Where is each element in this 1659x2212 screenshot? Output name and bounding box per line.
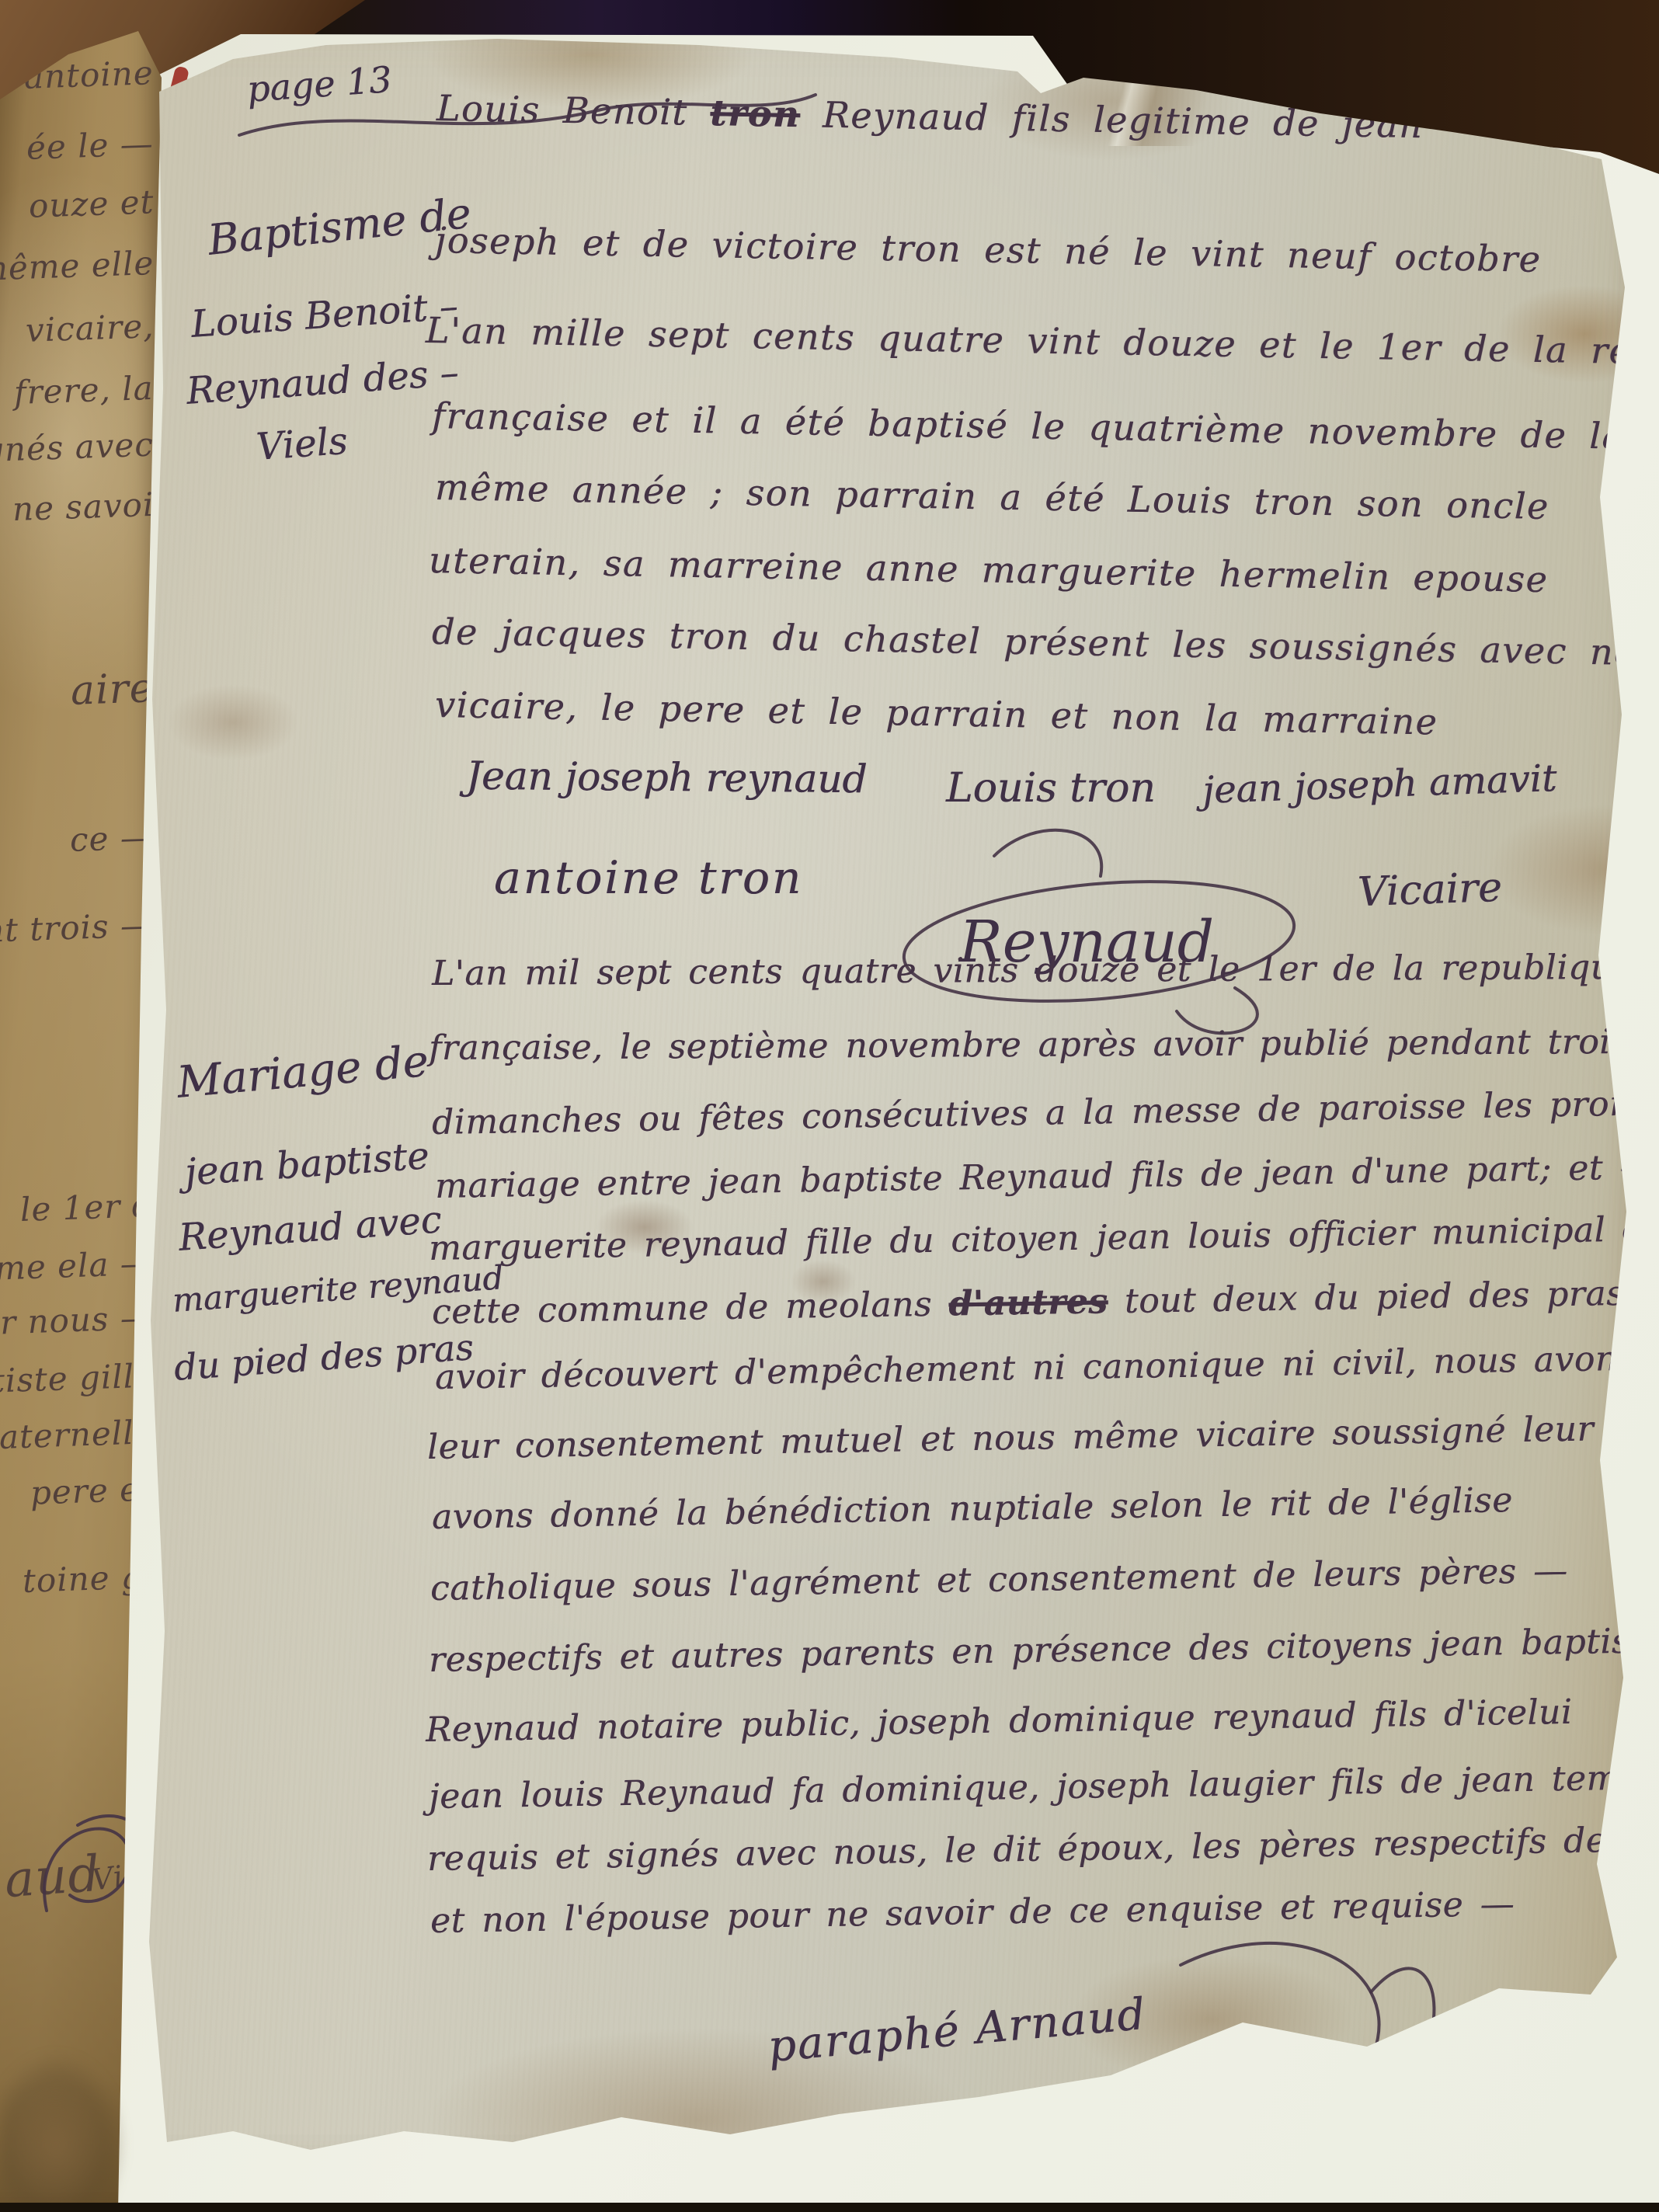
baptism-margin-name-line: Reynaud des – — [185, 351, 460, 413]
marriage-body-line: Reynaud notaire public, joseph dominique… — [426, 1692, 1573, 1750]
marriage-body-line: avons donné la bénédiction nuptiale selo… — [432, 1480, 1513, 1537]
baptism-body-line: même année ; son parrain a été Louis tro… — [435, 466, 1550, 527]
marriage-margin-name-line: du pied des pras — [172, 1326, 475, 1389]
baptism-margin-name-line: Louis Benoit – — [190, 284, 459, 346]
marriage-line6-before: cette commune de meolans — [432, 1285, 949, 1332]
baptism-body-line: française et il a été baptisé le quatriè… — [432, 395, 1625, 457]
left-page-fragment: nt trois — — [0, 906, 155, 950]
left-page-fragment: me ela — — [0, 1243, 155, 1287]
struck-word: d'autres — [948, 1282, 1108, 1323]
left-page-fragment: ne savoi — [12, 485, 155, 528]
signature-jean-joseph-reynaud: Jean joseph reynaud — [466, 753, 868, 802]
marriage-body-line: marguerite reynaud fille du citoyen jean… — [429, 1209, 1659, 1268]
left-page-fragment: signés avec — [0, 426, 155, 471]
marriage-line6-after: tout deux du pied des pras, sans — — [1108, 1271, 1659, 1322]
marriage-body-line: française, le septième novembre après av… — [429, 1022, 1629, 1068]
baptism-body-line: joseph et de victoire tron est né le vin… — [435, 219, 1542, 280]
left-page-fragment: tiste gilly — [0, 1356, 155, 1400]
left-page-fragment: r nous — — [0, 1299, 155, 1342]
photo-bottom-edge — [0, 2203, 1659, 2212]
reynaud-signature-flourish: Reynaud — [843, 808, 1355, 1056]
struck-word: tron — [710, 92, 801, 135]
left-page-fragment: vicaire, — [25, 307, 155, 350]
marriage-body-line: leur consentement mutuel et nous même vi… — [427, 1408, 1646, 1467]
marriage-margin-name-line: Reynaud avec — [177, 1198, 443, 1260]
left-page-fragment: te paternelle — [0, 1413, 155, 1459]
left-page-fragment: même elle — [0, 244, 155, 288]
photographed-register-page: antoine ée le — ouze et même elle vicair… — [0, 0, 1659, 2212]
baptism-margin-title: Baptisme de — [206, 189, 474, 265]
left-page-fragment: le 1er d — [20, 1186, 155, 1229]
marriage-body-line: cette commune de meolans d'autres tout d… — [432, 1271, 1659, 1332]
register-page: page 13 Baptisme de Louis Benoit – Reyna… — [0, 0, 1659, 2212]
signature-louis-tron: Louis tron — [946, 765, 1156, 812]
baptism-body-line: vicaire, le pere et le parrain et non la… — [435, 683, 1438, 743]
marriage-body-line: dimanches ou fêtes consécutives a la mes… — [432, 1081, 1659, 1143]
baptism-line1-after: Reynaud fils legitime de jean — [800, 93, 1424, 146]
signature-title-vicaire: Vicaire — [1357, 864, 1503, 916]
marriage-body-line: catholique sous l'agrément et consenteme… — [430, 1551, 1568, 1609]
signature-jean-joseph-amavit: jean joseph amavit — [1202, 756, 1557, 812]
marriage-margin-name-line: jean baptiste — [183, 1134, 430, 1195]
marriage-body-line: avoir découvert d'empêchement ni canoniq… — [435, 1337, 1659, 1397]
paraphe-signature: paraphé Arnaud — [766, 1989, 1149, 2072]
marriage-body-line: L'an mil sept cents quatre vints douze e… — [432, 948, 1633, 993]
left-page-fragment: aire — [70, 665, 155, 715]
baptism-body-line: de jacques tron du chastel présent les s… — [432, 610, 1659, 675]
baptism-body-line: L'an mille sept cents quatre vint douze … — [426, 309, 1659, 375]
marriage-margin-title: Mariage de — [175, 1036, 430, 1108]
marriage-body-line: requis et signés avec nous, le dit époux… — [427, 1818, 1659, 1879]
marriage-body-line: respectifs et autres parents en présence… — [429, 1621, 1659, 1680]
signature-antoine-tron: antoine tron — [494, 851, 803, 904]
baptism-margin-name-line: Viels — [255, 419, 349, 469]
left-page-fragment: ée le — — [26, 124, 154, 167]
left-page-fragment: ouze et — [28, 183, 155, 225]
baptism-line1-before: Louis Benoit — [436, 87, 711, 134]
left-page-fragment: frere, la — [14, 369, 155, 412]
book-edge-blur — [0, 2043, 140, 2212]
baptism-body-line: uterain, sa marreine anne marguerite her… — [429, 539, 1549, 600]
marriage-body-line: mariage entre jean baptiste Reynaud fils… — [435, 1147, 1655, 1206]
left-page-fragment: ce — — [69, 818, 154, 859]
marriage-body-line: jean louis Reynaud fa dominique, joseph … — [429, 1757, 1659, 1817]
